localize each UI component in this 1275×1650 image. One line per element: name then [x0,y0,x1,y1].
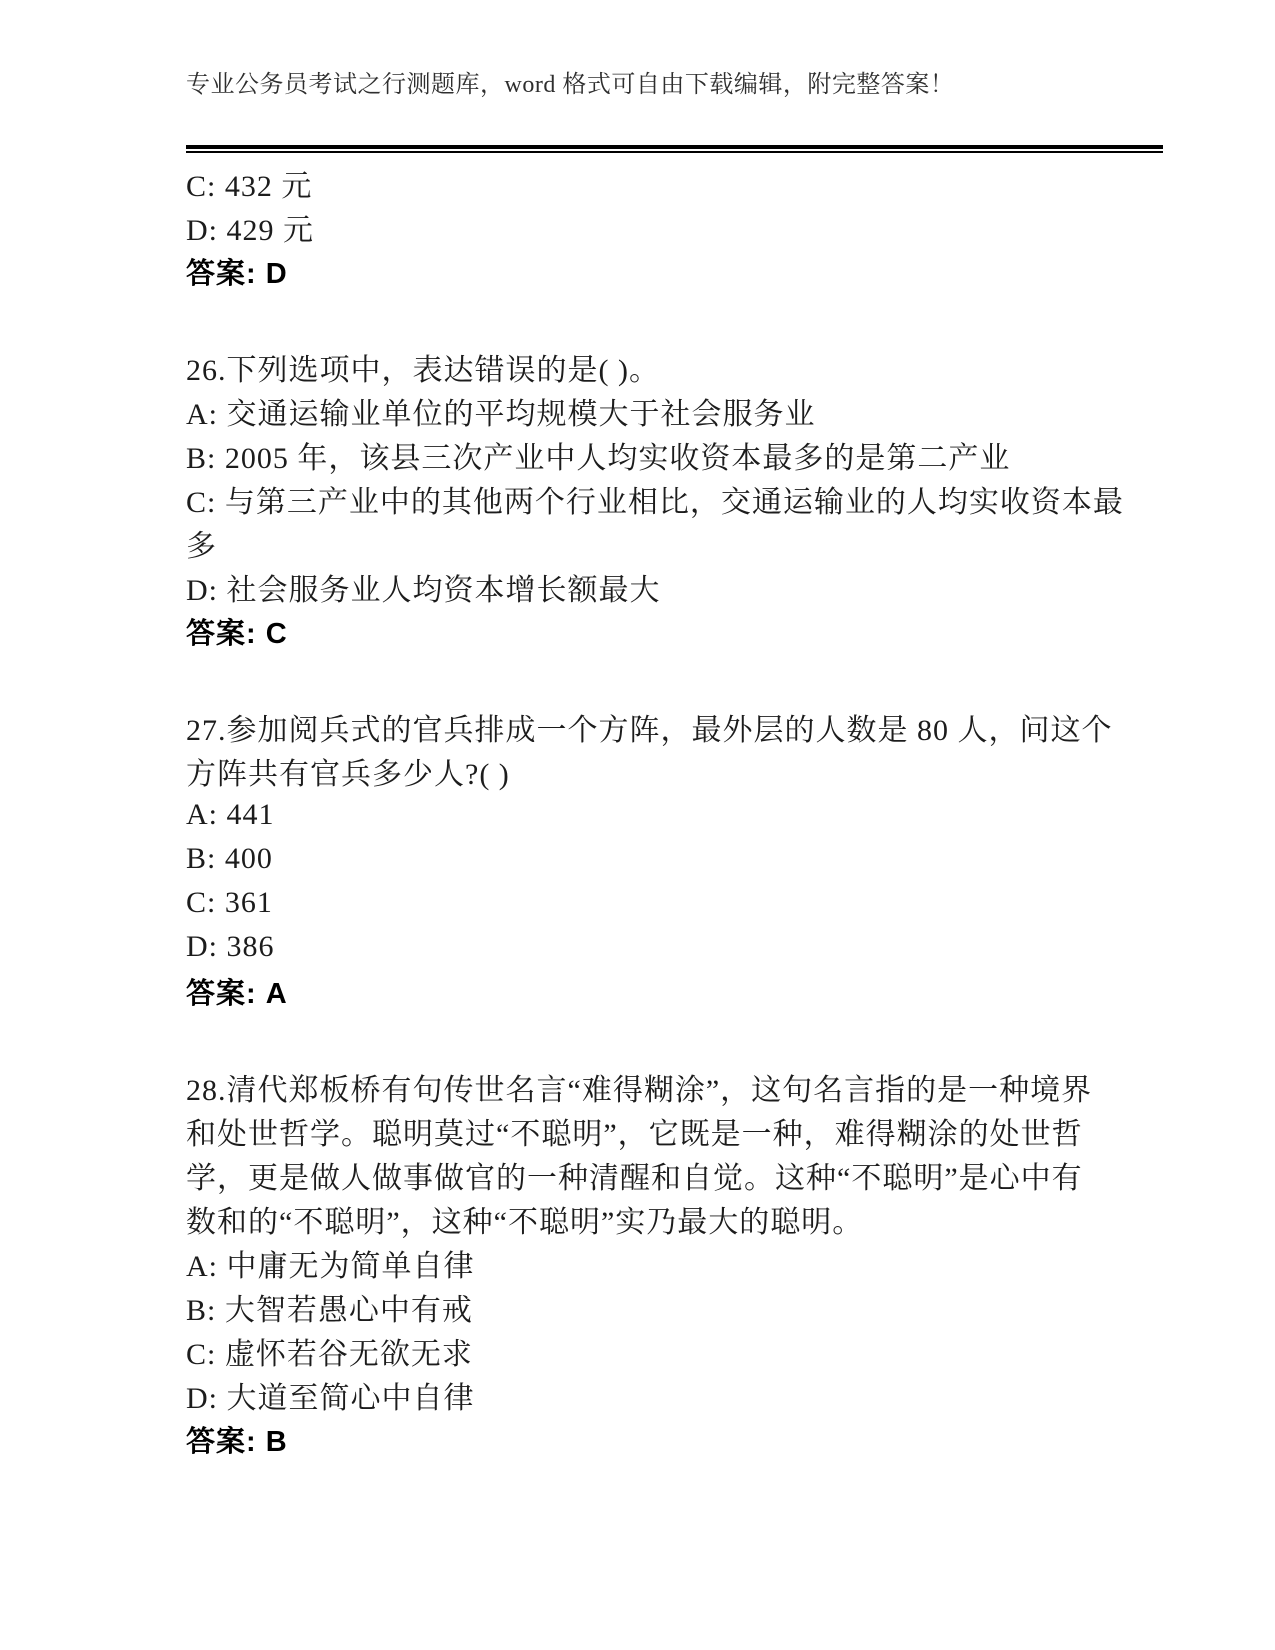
question-blocks: C: 432 元D: 429 元答案: D26.下列选项中，表达错误的是( )。… [186,161,1163,1461]
answer-line: 答案: A [186,969,1163,1013]
text-line: B: 400 [186,837,1163,881]
text-line: A: 441 [186,793,1163,837]
question-block: 28.清代郑板桥有句传世名言“难得糊涂”，这句名言指的是一种境界和处世哲学。聪明… [186,1065,1163,1461]
text-line: 多 [186,521,1163,565]
text-line: 方阵共有官兵多少人?( ) [186,749,1163,793]
question-block: C: 432 元D: 429 元答案: D [186,161,1163,293]
question-block: 26.下列选项中，表达错误的是( )。A: 交通运输业单位的平均规模大于社会服务… [186,345,1163,653]
text-line: C: 432 元 [186,161,1163,205]
answer-line: 答案: D [186,249,1163,293]
document-header-note: 专业公务员考试之行测题库，word 格式可自由下载编辑，附完整答案！ [186,68,1163,102]
document-page: 专业公务员考试之行测题库，word 格式可自由下载编辑，附完整答案！ C: 43… [186,68,1163,1461]
text-line: A: 中庸无为简单自律 [186,1241,1163,1285]
text-line: D: 大道至简心中自律 [186,1373,1163,1417]
text-line: 和处世哲学。聪明莫过“不聪明”，它既是一种，难得糊涂的处世哲 [186,1109,1163,1153]
text-line: A: 交通运输业单位的平均规模大于社会服务业 [186,389,1163,433]
text-line: D: 429 元 [186,205,1163,249]
text-line: D: 386 [186,925,1163,969]
text-line: B: 2005 年，该县三次产业中人均实收资本最多的是第二产业 [186,433,1163,477]
answer-line: 答案: B [186,1417,1163,1461]
text-line: 数和的“不聪明”，这种“不聪明”实乃最大的聪明。 [186,1197,1163,1241]
text-line: 26.下列选项中，表达错误的是( )。 [186,345,1163,389]
text-line: 学，更是做人做事做官的一种清醒和自觉。这种“不聪明”是心中有 [186,1153,1163,1197]
text-line: B: 大智若愚心中有戒 [186,1285,1163,1329]
text-line: C: 虚怀若谷无欲无求 [186,1329,1163,1373]
text-line: C: 361 [186,881,1163,925]
text-line: 28.清代郑板桥有句传世名言“难得糊涂”，这句名言指的是一种境界 [186,1065,1163,1109]
answer-line: 答案: C [186,609,1163,653]
text-line: 27.参加阅兵式的官兵排成一个方阵，最外层的人数是 80 人，问这个 [186,705,1163,749]
text-line: C: 与第三产业中的其他两个行业相比，交通运输业的人均实收资本最 [186,477,1163,521]
text-line: D: 社会服务业人均资本增长额最大 [186,565,1163,609]
header-divider [186,145,1163,153]
question-block: 27.参加阅兵式的官兵排成一个方阵，最外层的人数是 80 人，问这个方阵共有官兵… [186,705,1163,1013]
